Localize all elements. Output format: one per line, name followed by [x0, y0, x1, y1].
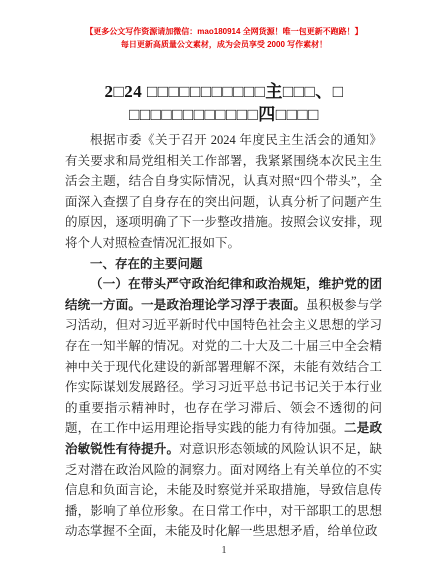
document-page: 【更多公文写作资源请加微信：mao180914 全网货源！唯一包更新不跑路！】 …: [0, 0, 448, 580]
document-title: 2□24 □□□□□□□□□□□主□□□、□ □□□□□□□□□□□□四□□□□: [0, 80, 448, 126]
document-title-line-2: □□□□□□□□□□□□四□□□□: [0, 103, 448, 126]
text-segment: 对意识形态领域的风险认识不足，缺乏对潜在政治风险的洞察力。面对网络上有关单位的不…: [65, 442, 382, 538]
text-segment: 虽积极参与学习活动，但对习近平新时代中国特色社会主义思想的学习存在一知半解的情况…: [65, 298, 382, 436]
document-body: 根据市委《关于召开 2024 年度民主生活会的通知》有关要求和局党组相关工作部署…: [65, 130, 382, 542]
page-number: 1: [0, 545, 448, 556]
promo-header: 【更多公文写作资源请加微信：mao180914 全网货源！唯一包更新不跑路！】 …: [0, 0, 448, 51]
document-title-line-1: 2□24 □□□□□□□□□□□主□□□、□: [0, 80, 448, 103]
paragraph-issues: （一）在带头严守政治纪律和政治规矩，维护党的团结统一方面。一是政治理论学习浮于表…: [65, 274, 382, 542]
promo-line-2: 每日更新高质量公文素材，成为会员享受 2000 写作素材！: [0, 38, 448, 51]
section-heading: 一、存在的主要问题: [65, 254, 382, 275]
text-segment: 一是政治理论学习浮于表面。: [141, 298, 306, 312]
promo-line-1: 【更多公文写作资源请加微信：mao180914 全网货源！唯一包更新不跑路！】: [0, 25, 448, 38]
paragraph-intro: 根据市委《关于召开 2024 年度民主生活会的通知》有关要求和局党组相关工作部署…: [65, 130, 382, 254]
